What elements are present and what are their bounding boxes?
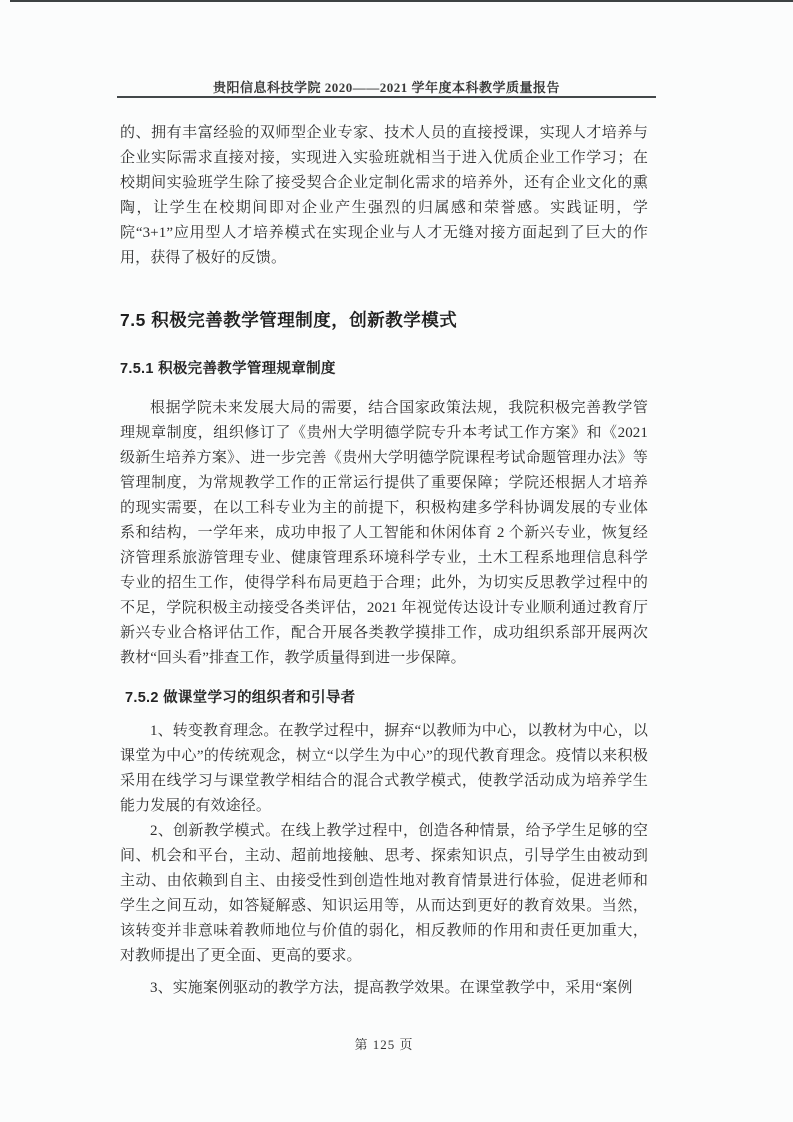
paragraph-7-5-1-body: 根据学院未来发展大局的需要，结合国家政策法规，我院积极完善教学管理规章制度，组织…: [120, 396, 648, 671]
page-number: 第 125 页: [354, 1037, 413, 1052]
paragraph-7-5-2-item-3: 3、实施案例驱动的教学方法，提高教学效果。在课堂教学中，采用“案例: [120, 976, 648, 1001]
running-header-title: 贵阳信息科技学院 2020——2021 学年度本科教学质量报告: [117, 77, 656, 96]
section-heading-7-5: 7.5 积极完善教学管理制度，创新教学模式: [120, 308, 648, 332]
document-page: 贵阳信息科技学院 2020——2021 学年度本科教学质量报告 的、拥有丰富经验…: [0, 0, 793, 1122]
header-divider-rule: [117, 96, 656, 98]
paragraph-7-5-2-item-1: 1、转变教育理念。在教学过程中，摒弃“以教师为中心，以教材为中心，以课堂为中心”…: [120, 719, 648, 819]
page-content: 的、拥有丰富经验的双师型企业专家、技术人员的直接授课，实现人才培养与企业实际需求…: [120, 121, 648, 1001]
page-footer: 第 125 页: [120, 1034, 648, 1053]
paragraph-7-5-2-item-2: 2、创新教学模式。在线上教学过程中，创造各种情景，给予学生足够的空间、机会和平台…: [120, 819, 648, 969]
subsection-heading-7-5-2: 7.5.2 做课堂学习的组织者和引导者: [120, 688, 648, 709]
subsection-heading-7-5-1: 7.5.1 积极完善教学管理规章制度: [120, 359, 648, 380]
paragraph-intro-continuation: 的、拥有丰富经验的双师型企业专家、技术人员的直接授课，实现人才培养与企业实际需求…: [120, 121, 648, 271]
scan-edge-artifact: [10, 0, 793, 2]
